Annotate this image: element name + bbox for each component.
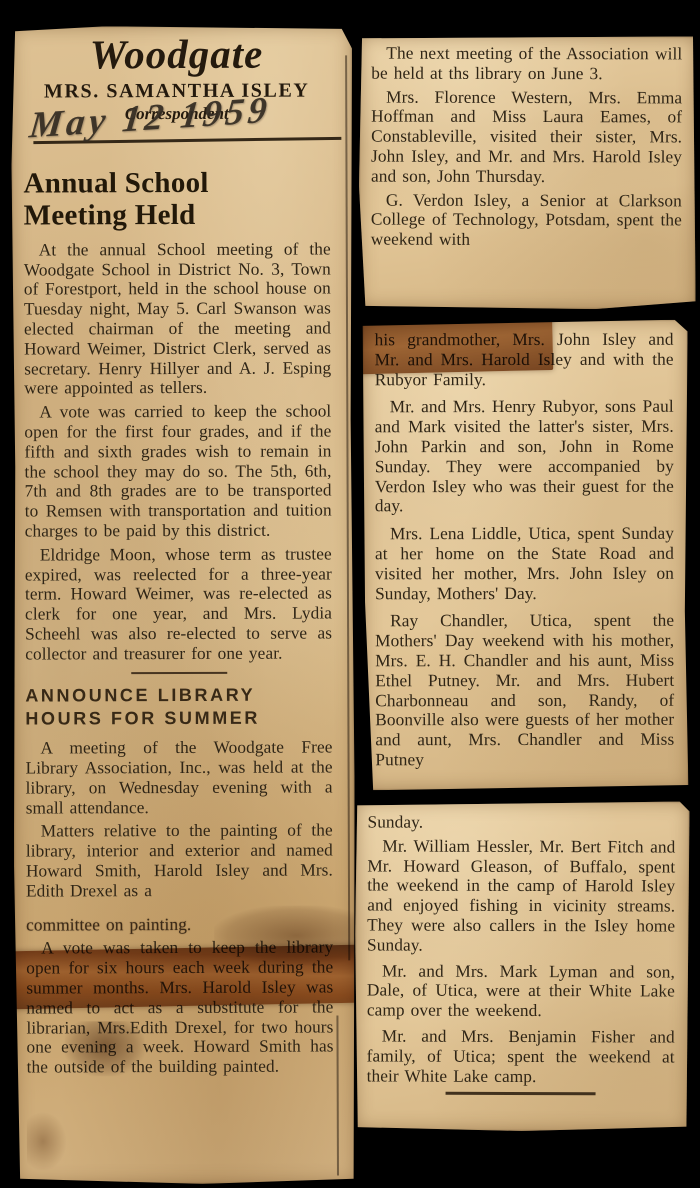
headline-line2: Meeting Held: [24, 199, 196, 232]
article-paragraph-under-tape: committee on painting.: [26, 914, 333, 935]
masthead: Woodgate MRS. SAMANTHA ISLEY Corresponde…: [23, 29, 330, 124]
article-paragraph: Ray Chandler, Utica, spent the Mothers' …: [375, 611, 674, 770]
article-paragraph: G. Verdon Isley, a Senior at Clarkson Co…: [371, 190, 682, 250]
article-paragraph: A vote was carried to keep the school op…: [24, 402, 331, 542]
article-paragraph: Mr. and Mrs. Mark Lyman and son, Dale, o…: [367, 961, 675, 1021]
tape-strip: [6, 945, 361, 1010]
subhead-line1: ANNOUNCE LIBRARY: [25, 684, 255, 705]
clipping-bottom-right: Sunday. Mr. William Hessler, Mr. Bert Fi…: [354, 800, 689, 1131]
headline-line1: Annual School: [23, 167, 208, 200]
clipping-left: Woodgate MRS. SAMANTHA ISLEY Corresponde…: [11, 25, 356, 1184]
scan-background: Woodgate MRS. SAMANTHA ISLEY Corresponde…: [0, 0, 700, 1188]
masthead-title: Woodgate: [23, 29, 330, 78]
clipping-middle-right: his grandmother, Mrs. John Isley and Mr.…: [363, 320, 689, 791]
article-paragraph: At the annual School meeting of the Wood…: [24, 239, 332, 398]
article-paragraph: Matters relative to the painting of the …: [26, 821, 333, 901]
article-paragraph: Mrs. Florence Western, Mrs. Emma Hoffman…: [371, 87, 682, 187]
article-paragraph: Eldridge Moon, whose term as trustee exp…: [25, 544, 332, 664]
article-paragraph: Mrs. Lena Liddle, Utica, spent Sunday at…: [375, 524, 674, 604]
ink-stain: [27, 1111, 67, 1171]
article-paragraph: The next meeting of the Association will…: [371, 44, 682, 84]
article-paragraph: Mr. and Mrs. Henry Rubyor, sons Paul and…: [375, 397, 674, 516]
subhead-announce-library-hours: ANNOUNCE LIBRARY HOURS FOR SUMMER: [25, 683, 332, 732]
article-paragraph: A meeting of the Woodgate Free Library A…: [25, 738, 332, 818]
tape-patch: [356, 314, 553, 374]
clipping-top-right: The next meeting of the Association will…: [359, 36, 697, 310]
article-paragraph: Mr. and Mrs. Benjamin Fisher and family,…: [367, 1026, 675, 1086]
article-paragraph: Sunday.: [367, 812, 675, 833]
section-divider: [131, 671, 227, 674]
subhead-line2: HOURS FOR SUMMER: [25, 708, 260, 729]
end-rule: [446, 1092, 596, 1095]
headline-annual-school-meeting: Annual School Meeting Held: [23, 167, 330, 232]
article-paragraph: Mr. William Hessler, Mr. Bert Fitch and …: [367, 836, 675, 956]
